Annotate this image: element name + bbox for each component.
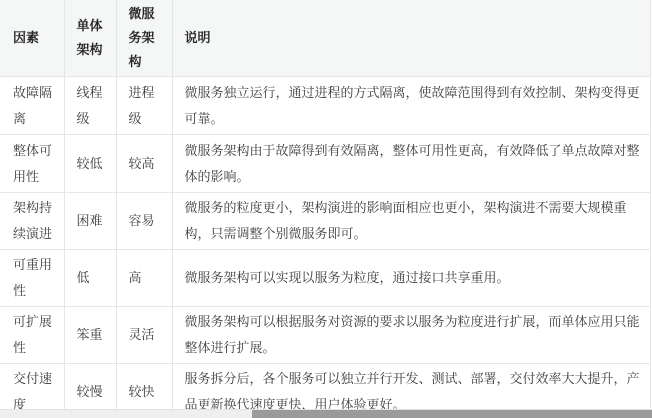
cell-monolith: 笨重 [64, 307, 116, 364]
table-row: 架构持续演进 困难 容易 微服务的粒度更小，架构演进的影响面相应也更小，架构演进… [0, 193, 650, 250]
col-header-microservice: 微服务架构 [116, 0, 172, 77]
cell-description: 微服务架构由于故障得到有效隔离，整体可用性更高，有效降低了单点故障对整体的影响。 [172, 135, 650, 193]
header-row: 因素 单体架构 微服务架构 说明 [0, 0, 650, 77]
cell-microservice: 进程级 [116, 77, 172, 135]
table-row: 可扩展性 笨重 灵活 微服务架构可以根据服务对资源的要求以服务为粒度进行扩展，而… [0, 307, 650, 364]
scrollbar-thumb[interactable] [252, 410, 652, 418]
cell-microservice: 高 [116, 250, 172, 307]
horizontal-scrollbar[interactable] [0, 409, 652, 418]
cell-description: 微服务的粒度更小，架构演进的影响面相应也更小，架构演进不需要大规模重构，只需调整… [172, 193, 650, 250]
cell-description: 微服务架构可以根据服务对资源的要求以服务为粒度进行扩展，而单体应用只能整体进行扩… [172, 307, 650, 364]
cell-monolith: 困难 [64, 193, 116, 250]
cell-factor: 可扩展性 [0, 307, 64, 364]
table-row: 故障隔离 线程级 进程级 微服务独立运行，通过进程的方式隔离，使故障范围得到有效… [0, 77, 650, 135]
table-row: 整体可用性 较低 较高 微服务架构由于故障得到有效隔离，整体可用性更高，有效降低… [0, 135, 650, 193]
cell-microservice: 较高 [116, 135, 172, 193]
cell-monolith: 低 [64, 250, 116, 307]
cell-factor: 故障隔离 [0, 77, 64, 135]
cell-monolith: 线程级 [64, 77, 116, 135]
cell-microservice: 容易 [116, 193, 172, 250]
cell-factor: 架构持续演进 [0, 193, 64, 250]
col-header-factor: 因素 [0, 0, 64, 77]
col-header-monolith: 单体架构 [64, 0, 116, 77]
architecture-comparison-table: 因素 单体架构 微服务架构 说明 故障隔离 线程级 进程级 微服务独立运行，通过… [0, 0, 651, 418]
cell-monolith: 较低 [64, 135, 116, 193]
cell-description: 微服务独立运行，通过进程的方式隔离，使故障范围得到有效控制、架构变得更可靠。 [172, 77, 650, 135]
cell-factor: 整体可用性 [0, 135, 64, 193]
comparison-table-page: 因素 单体架构 微服务架构 说明 故障隔离 线程级 进程级 微服务独立运行，通过… [0, 0, 652, 418]
table-row: 可重用性 低 高 微服务架构可以实现以服务为粒度，通过接口共享重用。 [0, 250, 650, 307]
col-header-description: 说明 [172, 0, 650, 77]
cell-description: 微服务架构可以实现以服务为粒度，通过接口共享重用。 [172, 250, 650, 307]
cell-microservice: 灵活 [116, 307, 172, 364]
cell-factor: 可重用性 [0, 250, 64, 307]
